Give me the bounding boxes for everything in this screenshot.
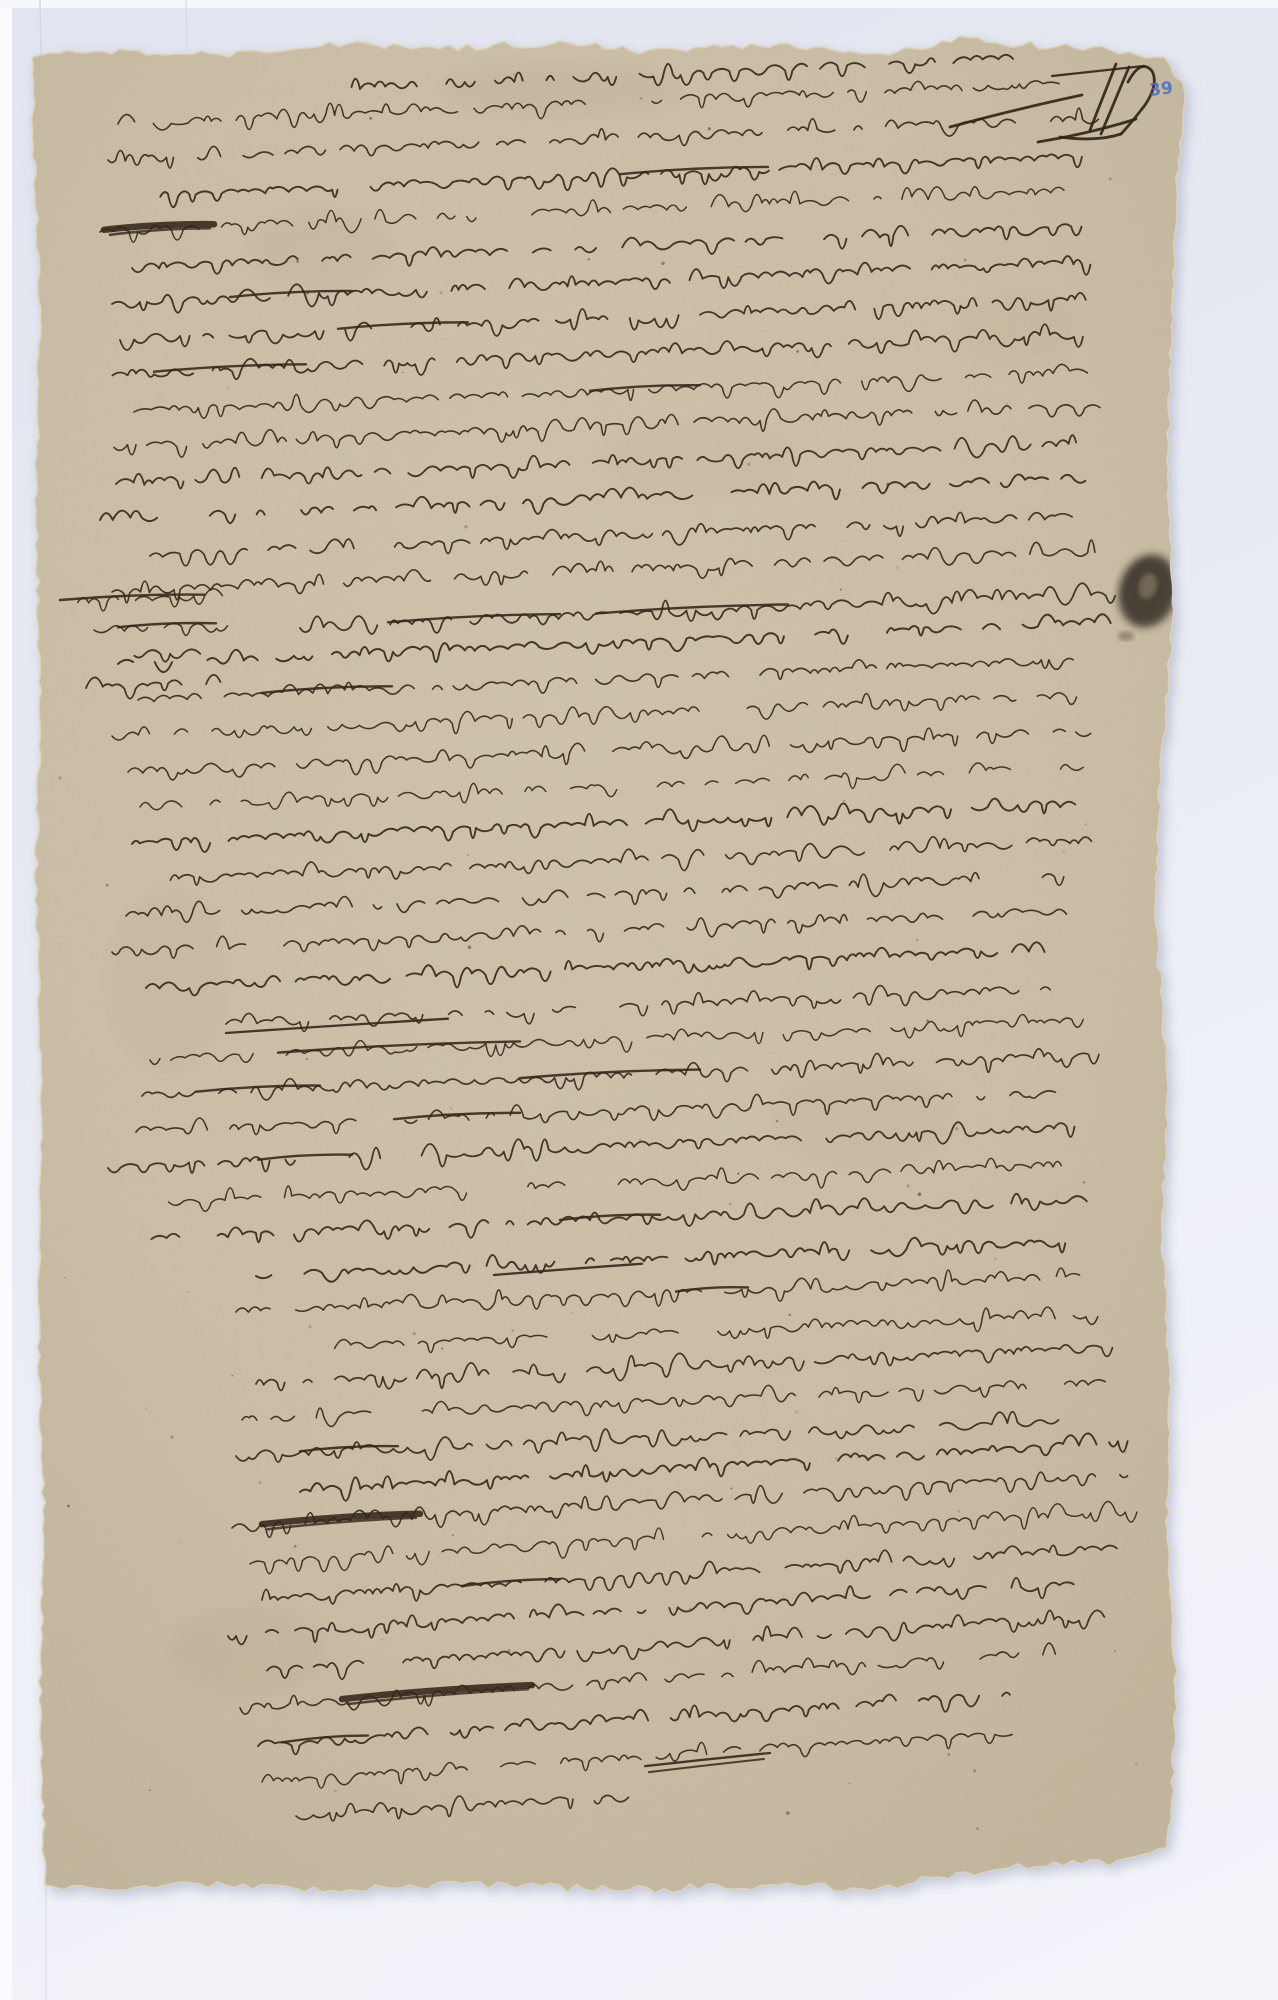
ink-speck (886, 483, 889, 486)
ink-speck (306, 292, 309, 295)
ink-speck (730, 1487, 732, 1489)
scanner-background: handwritten manuscript page, German curs… (0, 0, 1278, 2000)
ink-speck (413, 1557, 414, 1558)
ink-speck (1051, 1309, 1053, 1311)
ink-speck (896, 566, 899, 569)
ink-speck (106, 884, 109, 887)
ink-speck (639, 1139, 641, 1141)
ink-speck (381, 1639, 383, 1641)
ink-speck (708, 127, 711, 130)
ink-speck (840, 589, 842, 591)
ink-speck (146, 1408, 148, 1410)
ink-speck (306, 1058, 308, 1060)
ink-speck (402, 372, 404, 374)
ink-speck (467, 854, 469, 856)
ink-speck (513, 73, 516, 76)
ink-speck (958, 1510, 961, 1513)
ink-speck (179, 1541, 181, 1543)
ink-speck (816, 166, 818, 168)
paper-stain (112, 890, 228, 1070)
ink-speck (693, 350, 695, 352)
ink-speck (976, 1827, 979, 1830)
ink-speck (403, 1510, 406, 1513)
ink-speck (747, 463, 750, 466)
ink-speck (1006, 403, 1008, 405)
ink-speck (595, 1679, 598, 1682)
ink-speck (661, 262, 664, 265)
ink-speck (973, 1769, 976, 1772)
ink-speck (334, 1790, 336, 1792)
ink-speck (413, 1332, 416, 1335)
ink-speck (918, 1192, 922, 1196)
ink-speck (947, 1753, 950, 1756)
ink-speck (149, 1789, 151, 1791)
foliation-number-stamp: 39 (1148, 78, 1174, 101)
ink-speck (1135, 1763, 1138, 1766)
paper-stain (250, 212, 390, 288)
ink-speck (259, 1481, 261, 1483)
paper-stain (770, 1072, 950, 1168)
ink-speck (510, 719, 514, 723)
ink-speck (1109, 178, 1112, 181)
ink-speck (452, 1534, 454, 1536)
ink-speck (1114, 1650, 1116, 1652)
ink-speck (58, 776, 61, 779)
ink-speck (780, 1176, 782, 1178)
ink-speck (294, 1545, 297, 1548)
ink-speck (231, 1375, 233, 1377)
ink-speck (437, 1554, 439, 1556)
ink-speck (188, 1291, 190, 1293)
ink-speck (450, 1107, 452, 1109)
ink-speck (296, 260, 299, 263)
ink-speck (776, 1120, 778, 1122)
ink-speck (379, 95, 381, 97)
ink-speck (1128, 1598, 1129, 1599)
ink-speck (1124, 1451, 1127, 1454)
ink-speck (511, 1329, 513, 1331)
ink-speck (835, 1457, 838, 1460)
ink-speck (508, 1649, 511, 1652)
ink-speck (926, 1019, 928, 1021)
ink-speck (369, 117, 372, 120)
ink-speck (849, 1783, 851, 1785)
ink-speck (441, 1347, 443, 1349)
ink-speck (496, 143, 498, 145)
ink-speck (994, 1258, 996, 1260)
ink-speck (464, 525, 467, 528)
ink-speck (303, 869, 306, 872)
ink-speck (539, 496, 540, 497)
ink-speck (843, 799, 845, 801)
paper-stain (440, 64, 680, 116)
ink-speck (571, 1311, 573, 1313)
ink-speck (67, 1505, 70, 1508)
ink-speck (916, 939, 918, 941)
ink-speck (124, 155, 126, 157)
backing-crease-top-left (40, 0, 41, 58)
ink-speck (1085, 824, 1087, 826)
paper-stain (170, 1606, 330, 1694)
ink-speck (795, 1410, 798, 1413)
ink-speck (955, 1127, 958, 1130)
backing-top-strip (0, 0, 1278, 8)
ink-speck (64, 1277, 66, 1279)
ink-speck (737, 1173, 739, 1175)
ink-speck (1062, 850, 1065, 853)
ink-speck (308, 1325, 311, 1328)
ink-speck (689, 1608, 691, 1610)
ink-speck (170, 1435, 173, 1438)
manuscript-scan: handwritten manuscript page, German curs… (0, 0, 1278, 2000)
ink-speck (439, 291, 442, 294)
ink-speck (729, 1203, 731, 1205)
ink-speck (1082, 1181, 1085, 1184)
ink-speck (640, 97, 643, 100)
ink-speck (588, 258, 591, 261)
ink-speck (981, 1653, 983, 1655)
ink-speck (227, 387, 228, 388)
backing-left-strip (0, 0, 12, 2000)
ink-speck (624, 1262, 625, 1263)
ink-speck (907, 1184, 910, 1187)
ink-speck (468, 946, 472, 950)
ink-speck (786, 1811, 789, 1814)
paper-stain (960, 296, 1080, 364)
ink-speck (788, 1313, 791, 1316)
ink-speck (964, 258, 967, 261)
ink-speck (796, 350, 799, 353)
